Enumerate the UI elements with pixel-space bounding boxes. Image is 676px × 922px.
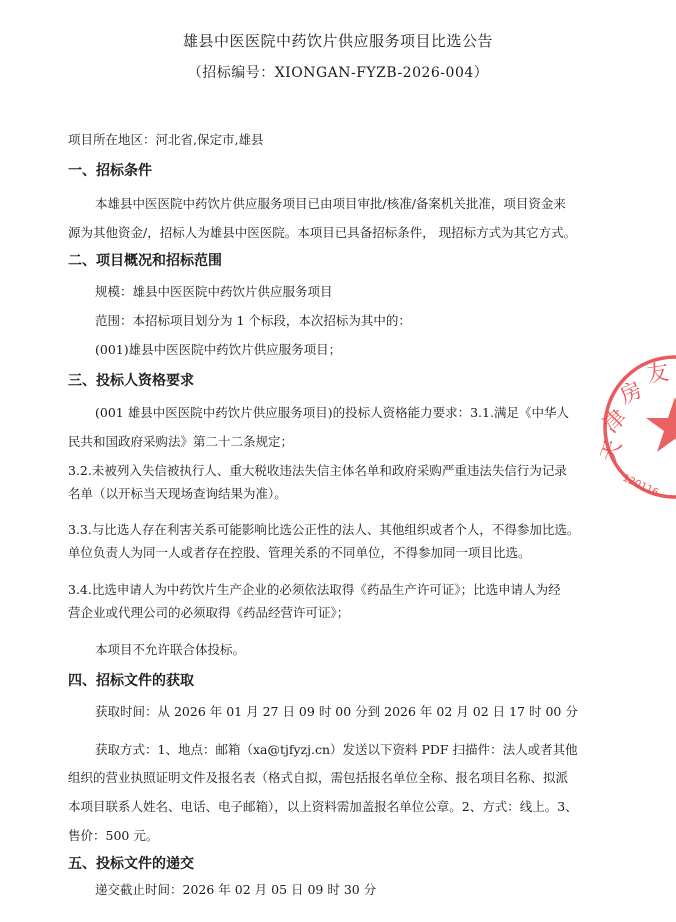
acquisition-method-line-3: 本项目联系人姓名、电话、电子邮箱），以上资料需加盖报名单位公章。2、方式：线上。… [68,797,578,815]
document-title: 雄县中医医院中药饮片供应服务项目比选公告 [0,30,676,51]
requirement-intro-line-2: 民共和国政府采购法》第二十二条规定； [68,432,293,450]
tender-number: （招标编号：XIONGAN-FYZB-2026-004） [0,62,676,82]
requirement-3-4-line-1: 3.4.比选申请人为中药饮片生产企业的必须依法取得《药品生产许可证》；比选申请人… [68,580,561,598]
requirement-3-2-line-1: 3.2.未被列入失信被执行人、重大税收违法失信主体名单和政府采购严重违法失信行为… [68,461,567,479]
project-region: 项目所在地区：河北省,保定市,雄县 [68,130,263,148]
svg-text:天: 天 [600,437,627,466]
project-scale: 规模：雄县中医医院中药饮片供应服务项目 [95,282,333,300]
requirement-3-3-line-2: 单位负责人为同一人或者存在控股、管理关系的不同单位，不得参加同一项目比选。 [68,543,531,561]
acquisition-method-line-1: 获取方式：1、地点：邮箱（xa@tjfyzj.cn）发送以下资料 PDF 扫描件… [95,740,578,758]
submission-deadline: 递交截止时间：2026 年 02 月 05 日 09 时 30 分 [95,880,376,898]
company-seal-stamp: 天 津 房 友 工 120116 [600,352,676,502]
consortium-note: 本项目不允许联合体投标。 [95,640,245,658]
acquisition-time: 获取时间：从 2026 年 01 月 27 日 09 时 00 分到 2026 … [95,702,578,720]
section-4-heading: 四、招标文件的获取 [68,670,194,690]
section-3-heading: 三、投标人资格要求 [68,370,194,390]
svg-text:津: 津 [600,405,632,438]
acquisition-method-line-2: 组织的营业执照证明文件及报名表（格式自拟，需包括报名单位全称、报名项目名称、拟派 [68,768,568,786]
section-1-heading: 一、招标条件 [68,160,152,180]
seal-icon: 天 津 房 友 工 120116 [600,352,676,502]
svg-text:120116: 120116 [621,473,660,499]
section-5-heading: 五、投标文件的递交 [68,853,194,873]
requirement-3-4-line-2: 营企业或代理公司的必须取得《药品经营许可证》； [68,603,349,621]
requirement-3-3-line-1: 3.3.与比选人存在利害关系可能影响比选公正性的法人、其他组织或者个人，不得参加… [68,520,579,538]
section-2-heading: 二、项目概况和招标范围 [68,250,222,270]
svg-text:房: 房 [616,377,647,409]
project-scope: 范围：本招标项目划分为 1 个标段，本次招标为其中的： [95,311,411,329]
project-lot: (001)雄县中医医院中药饮片供应服务项目； [95,340,341,358]
section-1-para-line-1: 本雄县中医医院中药饮片供应服务项目已由项目审批/核准/备案机关批准，项目资金来 [95,194,566,212]
acquisition-method-line-4: 售价：500 元。 [68,826,158,844]
requirement-3-2-line-2: 名单（以开标当天现场查询结果为准）。 [68,484,287,502]
svg-text:友: 友 [645,360,670,388]
requirement-intro-line-1: (001 雄县中医医院中药饮片供应服务项目)的投标人资格能力要求：3.1.满足《… [95,403,569,421]
section-1-para-line-2: 源为其他资金/，招标人为雄县中医医院。本项目已具备招标条件， 现招标方式为其它方… [68,223,576,241]
